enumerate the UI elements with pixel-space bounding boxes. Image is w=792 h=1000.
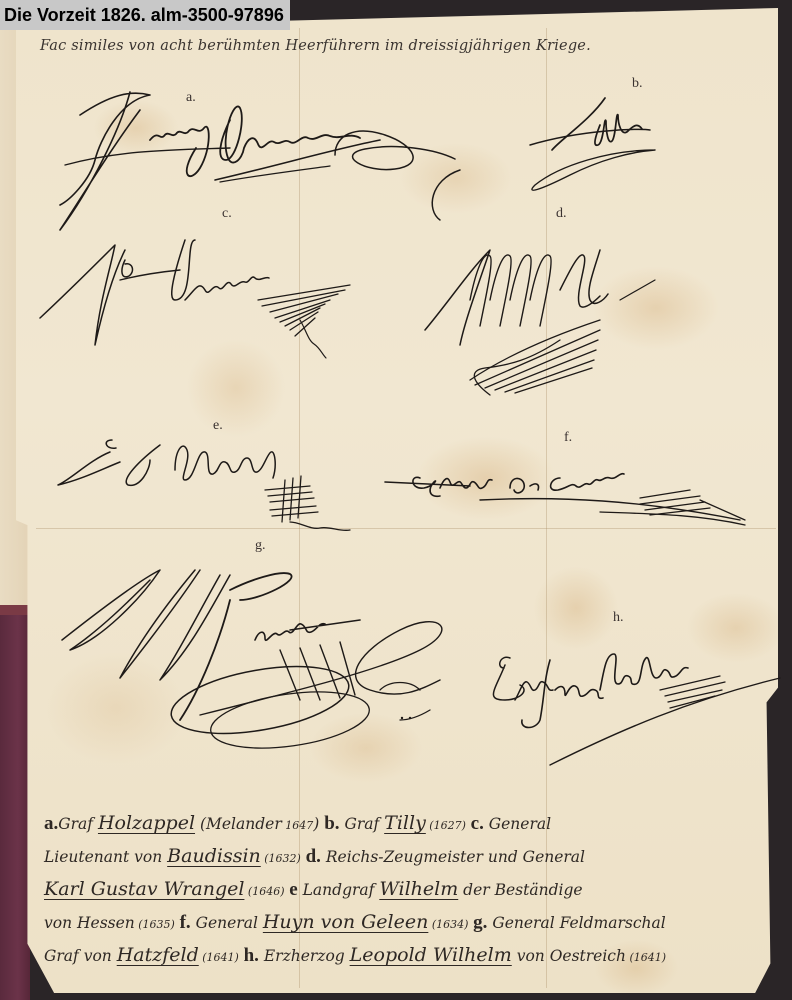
caption-text: Reichs-Zeugmeister und General: [321, 848, 585, 866]
page-heading: Fac similes von acht berühmten Heerführe…: [40, 38, 750, 54]
signature-label-a: a.: [186, 90, 196, 106]
caption-text: der Beständige: [458, 881, 582, 899]
caption-text: (Melander: [195, 815, 282, 833]
signature-label-f: f.: [564, 430, 572, 446]
signature-label-b: b.: [632, 76, 643, 92]
signature-label-e: e.: [213, 418, 223, 434]
key-letter-a: a.: [44, 813, 58, 834]
name-huyn-von-geleen: Huyn von Geleen: [263, 911, 429, 933]
caption-text: ): [313, 815, 324, 833]
caption-text: General Feldmarschal: [487, 914, 665, 932]
caption-text: von Oestreich: [512, 947, 626, 965]
caption-text: Graf: [58, 815, 98, 833]
year-wilhelm: (1635): [135, 918, 175, 931]
caption-text: General: [191, 914, 263, 932]
maroon-book-cover-edge: [0, 605, 30, 1000]
year-baudissin: (1632): [261, 852, 301, 865]
signature-label-h: h.: [613, 610, 624, 626]
key-letter-f: f.: [175, 912, 191, 933]
caption-text: von Hessen: [44, 914, 135, 932]
key-letter-e: e: [285, 879, 298, 900]
name-tilly: Tilly: [384, 812, 426, 834]
signature-label-d: d.: [556, 206, 567, 222]
key-letter-h: h.: [239, 945, 259, 966]
caption-text: General: [484, 815, 551, 833]
caption-text: Graf von: [44, 947, 117, 965]
year-leopold-wilhelm: (1641): [626, 951, 666, 964]
caption-text: Landgraf: [298, 881, 380, 899]
signature-key-caption: a.Graf Holzappel (Melander 1647) b. Graf…: [44, 808, 774, 973]
fold-line: [36, 528, 776, 529]
year-tilly: (1627): [426, 819, 466, 832]
year-wrangel: (1646): [244, 885, 284, 898]
caption-line-5: Graf von Hatzfeld (1641) h. Erzherzog Le…: [44, 940, 774, 973]
year-hatzfeld: (1641): [199, 951, 239, 964]
year-holzappel: 1647: [282, 819, 314, 832]
caption-text: Lieutenant von: [44, 848, 167, 866]
key-letter-c: c.: [466, 813, 484, 834]
key-letter-d: d.: [301, 846, 321, 867]
name-wilhelm: Wilhelm: [379, 878, 458, 900]
key-letter-b: b.: [324, 813, 339, 834]
name-hatzfeld: Hatzfeld: [117, 944, 199, 966]
caption-line-4: von Hessen (1635) f. General Huyn von Ge…: [44, 907, 774, 940]
caption-line-1: a.Graf Holzappel (Melander 1647) b. Graf…: [44, 808, 774, 841]
name-leopold-wilhelm: Leopold Wilhelm: [350, 944, 512, 966]
name-wrangel: Karl Gustav Wrangel: [44, 878, 244, 900]
caption-line-2: Lieutenant von Baudissin (1632) d. Reich…: [44, 841, 774, 874]
signature-label-c: c.: [222, 206, 232, 222]
name-baudissin: Baudissin: [167, 845, 261, 867]
name-holzappel: Holzappel: [98, 812, 195, 834]
image-source-label: Die Vorzeit 1826. alm-3500-97896: [0, 0, 290, 30]
year-huyn: (1634): [428, 918, 468, 931]
signature-label-g: g.: [255, 538, 266, 554]
caption-text: Erzherzog: [259, 947, 350, 965]
key-letter-g: g.: [468, 912, 487, 933]
caption-line-3: Karl Gustav Wrangel (1646) e Landgraf Wi…: [44, 874, 774, 907]
caption-text: Graf: [340, 815, 385, 833]
